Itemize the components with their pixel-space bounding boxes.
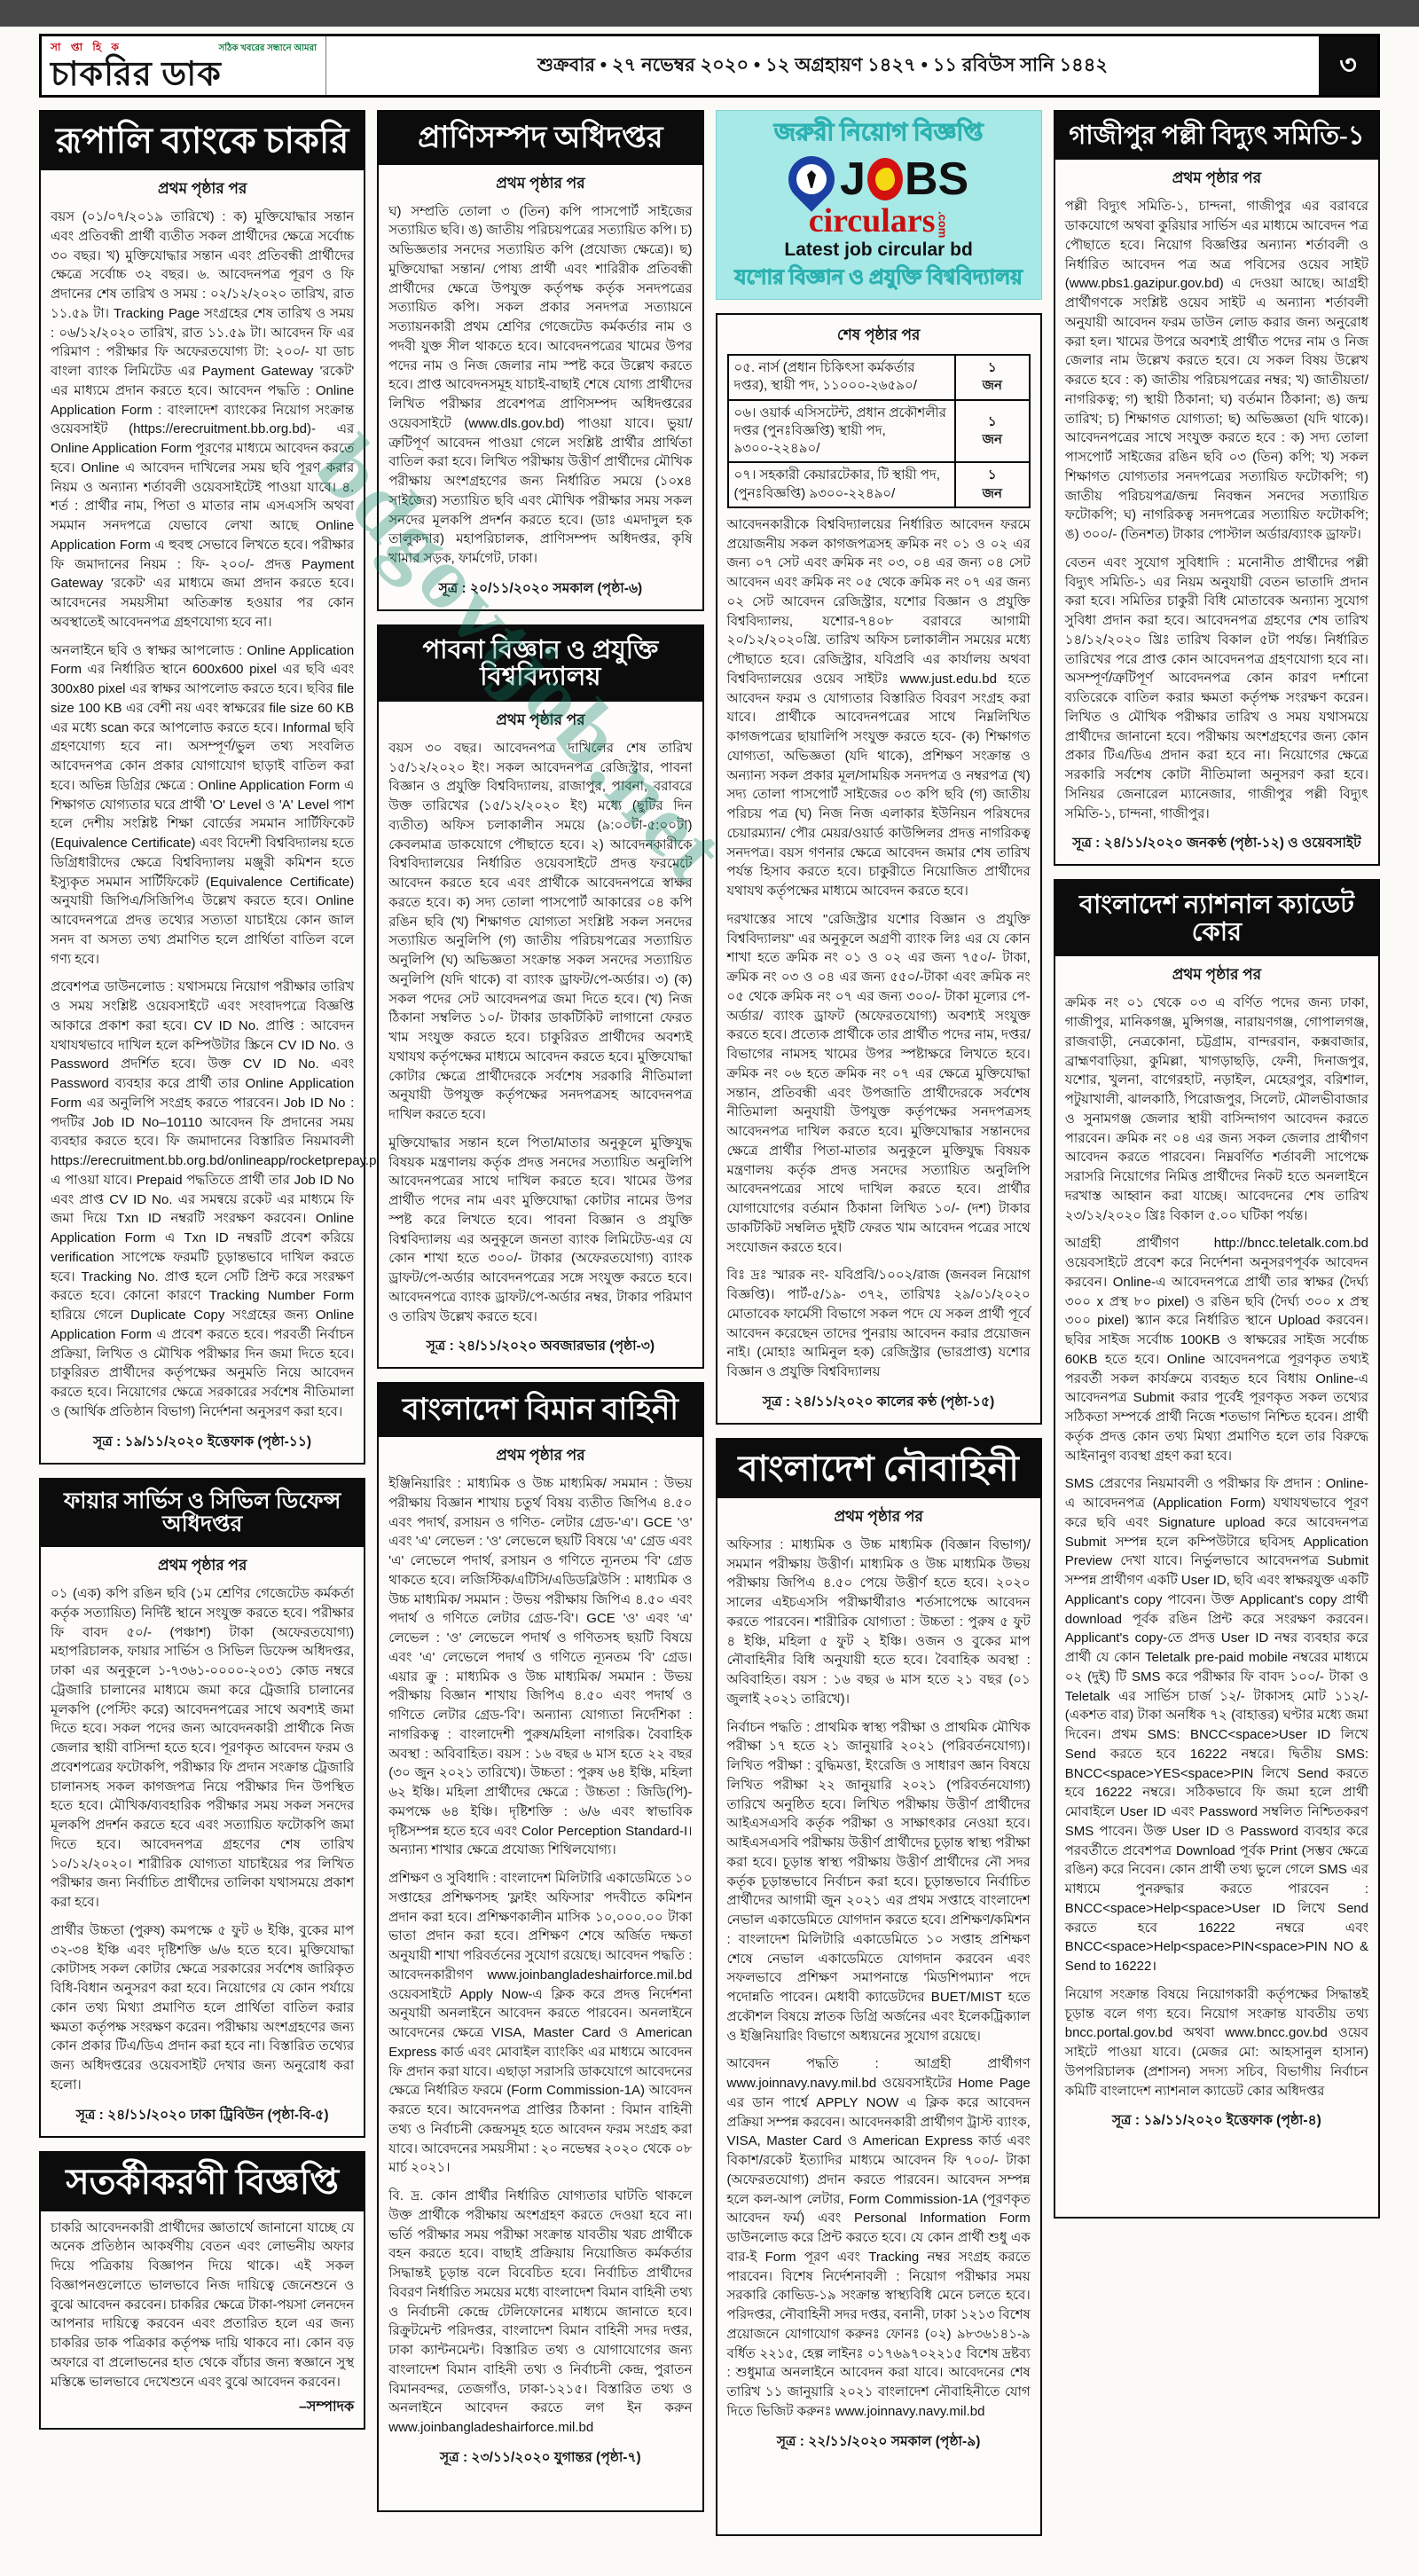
source-line: সূত্র : ২৪/১১/২০২০ অবজারভার (পৃষ্ঠা-৩) xyxy=(388,1335,692,1358)
article-headline: বাংলাদেশ ন্যাশনাল ক্যাডেট কোর xyxy=(1055,881,1378,956)
paragraph: অনলাইনে ছবি ও স্বাক্ষর আপলোড : Online Ap… xyxy=(51,641,354,970)
post-description: ০৫. নার্স (প্রধান চিকিৎসা কর্মকর্তার দপ্… xyxy=(728,355,955,400)
article-body: ০১ (এক) কপি রঙিন ছবি (১ম শ্রেণির গেজেটেড… xyxy=(51,1584,354,2095)
column-2: প্রাণিসম্পদ অধিদপ্তর প্রথম পৃষ্ঠার পর ঘ)… xyxy=(377,110,703,2525)
table-row: ০৭। সহকারী কেয়ারটেকার, টি স্থায়ী পদ, (… xyxy=(728,462,1030,507)
article-headline: ফায়ার সার্ভিস ও সিভিল ডিফেন্স অধিদপ্তর xyxy=(41,1480,364,1548)
paragraph: দরখাস্তের সাথে "রেজিস্ট্রার যশোর বিজ্ঞান… xyxy=(727,910,1031,1258)
source-line: সূত্র : ২৪/১১/২০২০ কালের কণ্ঠ (পৃষ্ঠা-১৫… xyxy=(727,1391,1031,1414)
article-columns: রূপালি ব্যাংকে চাকরি প্রথম পৃষ্ঠার পর বয… xyxy=(0,110,1419,2576)
continued-label: প্রথম পৃষ্ঠার পর xyxy=(388,709,692,734)
jobs-circulars-logo: J BS xyxy=(788,156,968,202)
paragraph: পল্লী বিদ্যুৎ সমিতি-১, চান্দনা, গাজীপুর … xyxy=(1065,197,1368,545)
count-value: ১ xyxy=(961,359,1023,377)
article-fire-service: ফায়ার সার্ভিস ও সিভিল ডিফেন্স অধিদপ্তর … xyxy=(39,1478,365,2138)
paragraph: আবেদন পদ্ধতি : আগ্রহী প্রার্থীগণ www.joi… xyxy=(727,2054,1031,2421)
paragraph: আগ্রহী প্রার্থীগণ http://bncc.teletalk.c… xyxy=(1065,1234,1368,1465)
column-1: রূপালি ব্যাংকে চাকরি প্রথম পৃষ্ঠার পর বয… xyxy=(39,110,365,2443)
article-livestock-dept: প্রাণিসম্পদ অধিদপ্তর প্রথম পৃষ্ঠার পর ঘ)… xyxy=(377,110,703,611)
article-pabna-university: পাবনা বিজ্ঞান ও প্রযুক্তি বিশ্ববিদ্যালয়… xyxy=(377,624,703,1369)
source-line: সূত্র : ২২/১১/২০২০ সমকাল (পৃষ্ঠা-৯) xyxy=(727,2431,1031,2454)
logo-bs-text: BS xyxy=(905,156,968,202)
source-line: সূত্র : ২৪/১১/২০২০ ঢাকা ট্রিবিউন (পৃষ্ঠা… xyxy=(51,2104,354,2127)
paragraph: ইঞ্জিনিয়ারিং : মাধ্যমিক ও উচ্চ মাধ্যমিক… xyxy=(388,1474,692,1860)
masthead-tagline: সঠিক খবরের সন্ধানে আমরা xyxy=(219,42,317,57)
article-body: ঘ) সম্প্রতি তোলা ৩ (তিন) কপি পাসপোর্ট সা… xyxy=(388,202,692,569)
article-headline: বাংলাদেশ নৌবাহিনী xyxy=(717,1440,1040,1498)
count-value: ১ xyxy=(961,467,1023,484)
source-line: সূত্র : ২৪/১১/২০২০ জনকণ্ঠ (পৃষ্ঠা-১২) ও … xyxy=(1065,832,1368,855)
page-header: সা প্তা হি ক সঠিক খবরের সন্ধানে আমরা চাক… xyxy=(39,34,1380,98)
paragraph: ০১ (এক) কপি রঙিন ছবি (১ম শ্রেণির গেজেটেড… xyxy=(51,1584,354,1912)
continued-label: শেষ পৃষ্ঠার পর xyxy=(727,324,1031,349)
paragraph: আবেদনকারীকে বিশ্ববিদ্যালয়ের নির্ধারিত আ… xyxy=(727,515,1031,901)
paragraph: বেতন এবং সুযোগ সুবিধাদি : মনোনীত প্রার্থ… xyxy=(1065,554,1368,824)
editor-signature: –সম্পাদক xyxy=(51,2395,354,2419)
article-warning-notice: সতর্কীকরণী বিজ্ঞপ্তি চাকরি আবেদনকারী প্র… xyxy=(39,2151,365,2431)
page-number: ৩ xyxy=(1319,36,1377,95)
article-navy: বাংলাদেশ নৌবাহিনী প্রথম পৃষ্ঠার পর অফিসা… xyxy=(716,1438,1042,2536)
continued-label: প্রথম পৃষ্ঠার পর xyxy=(1065,167,1368,192)
logo-dotcom-text: .com xyxy=(937,211,949,238)
ad-watermark-bottom: যশোর বিজ্ঞান ও প্রযুক্তি বিশ্ববিদ্যালয় xyxy=(734,261,1022,295)
source-line: সূত্র : ২০/১১/২০২০ সমকাল (পৃষ্ঠা-৬) xyxy=(388,577,692,601)
table-row: ০৫. নার্স (প্রধান চিকিৎসা কর্মকর্তার দপ্… xyxy=(728,355,1030,400)
paragraph: নিয়োগ সংক্রান্ত বিষয়ে নিয়োগকারী কর্তৃ… xyxy=(1065,1985,1368,2101)
article-body: আবেদনকারীকে বিশ্ববিদ্যালয়ের নির্ধারিত আ… xyxy=(727,515,1031,1382)
article-gazipur-palli-bidyut: গাজীপুর পল্লী বিদ্যুৎ সমিতি-১ প্রথম পৃষ্… xyxy=(1054,110,1380,866)
masthead-weekly-label: সা প্তা হি ক xyxy=(51,40,122,58)
post-count: ১ জন xyxy=(955,355,1030,400)
article-rupali-bank: রূপালি ব্যাংকে চাকরি প্রথম পৃষ্ঠার পর বয… xyxy=(39,110,365,1465)
count-unit: জন xyxy=(961,377,1023,395)
paragraph: ক্রমিক নং ০১ থেকে ০৩ এ বর্ণিত পদের জন্য … xyxy=(1065,993,1368,1225)
article-headline: পাবনা বিজ্ঞান ও প্রযুক্তি বিশ্ববিদ্যালয় xyxy=(379,626,702,702)
tie-icon xyxy=(807,170,816,188)
paragraph: বয়স (০১/০৭/২০১৯ তারিখে) : ক) মুক্তিযোদ্… xyxy=(51,208,354,632)
article-headline: সতর্কীকরণী বিজ্ঞপ্তি xyxy=(41,2153,364,2211)
continued-label: প্রথম পৃষ্ঠার পর xyxy=(388,1444,692,1469)
paragraph: প্রশিক্ষণ ও সুবিধাদি : বাংলাদেশ মিলিটারি… xyxy=(388,1869,692,2178)
continued-label: প্রথম পৃষ্ঠার পর xyxy=(727,1505,1031,1530)
jobs-circulars-ad: জরুরী নিয়োগ বিজ্ঞপ্তি J BS circulars .c… xyxy=(716,110,1042,300)
continued-label: প্রথম পৃষ্ঠার পর xyxy=(1065,963,1368,988)
logo-j-text: J xyxy=(840,156,866,202)
newspaper-title: চাকরির ডাক xyxy=(51,58,317,91)
paragraph: প্রবেশপত্র ডাউনলোড : যথাসময়ে নিয়োগ পরী… xyxy=(51,978,354,1421)
logo-circulars-text: circulars xyxy=(809,204,936,238)
article-body: বয়স ৩০ বছর। আবেদনপত্র দাখিলের শেষ তারিখ… xyxy=(388,739,692,1327)
article-bncc: বাংলাদেশ ন্যাশনাল ক্যাডেট কোর প্রথম পৃষ্… xyxy=(1054,879,1380,2219)
post-count: ১ জন xyxy=(955,400,1030,463)
paragraph: SMS প্রেরণের নিয়মাবলী ও পরীক্ষার ফি প্র… xyxy=(1065,1474,1368,1976)
continued-label: প্রথম পৃষ্ঠার পর xyxy=(51,177,354,202)
ad-watermark-top: জরুরী নিয়োগ বিজ্ঞপ্তি xyxy=(774,114,984,154)
source-line: সূত্র : ১৯/১১/২০২০ ইত্তেফাক (পৃষ্ঠা-৪) xyxy=(1065,2109,1368,2132)
paragraph: চাকরি আবেদনকারী প্রার্থীদের জ্ঞাতার্থে জ… xyxy=(51,2219,354,2392)
paragraph: নির্বাচন পদ্ধতি : প্রাথমিক স্বাস্থ্য পরী… xyxy=(727,1718,1031,2046)
count-unit: জন xyxy=(961,485,1023,503)
paragraph: প্রার্থীর উচ্চতা (পুরুষ) কমপক্ষে ৫ ফুট ৬… xyxy=(51,1921,354,2095)
bangladesh-map-icon xyxy=(867,158,903,200)
newspaper-page: সা প্তা হি ক সঠিক খবরের সন্ধানে আমরা চাক… xyxy=(0,0,1419,2576)
vacancy-table: ০৫. নার্স (প্রধান চিকিৎসা কর্মকর্তার দপ্… xyxy=(727,354,1031,508)
article-body: ইঞ্জিনিয়ারিং : মাধ্যমিক ও উচ্চ মাধ্যমিক… xyxy=(388,1474,692,2438)
table-row: ০৬। ওয়ার্ক এসিসটেন্ট, প্রধান প্রকৌশলীর … xyxy=(728,400,1030,463)
dateline: শুক্রবার • ২৭ নভেম্বর ২০২০ • ১২ অগ্রহায়… xyxy=(326,36,1319,95)
continued-label: প্রথম পৃষ্ঠার পর xyxy=(388,172,692,197)
article-body: চাকরি আবেদনকারী প্রার্থীদের জ্ঞাতার্থে জ… xyxy=(51,2219,354,2392)
paragraph: বিঃ দ্রঃ স্মারক নং- যবিপ্রবি/১০০২/রাজ (জ… xyxy=(727,1266,1031,1382)
scan-edge xyxy=(0,0,1419,27)
article-headline: গাজীপুর পল্লী বিদ্যুৎ সমিতি-১ xyxy=(1055,112,1378,160)
paragraph: মুক্তিযোদ্ধার সন্তান হলে পিতা/মাতার অনুক… xyxy=(388,1134,692,1327)
article-just-university: শেষ পৃষ্ঠার পর ০৫. নার্স (প্রধান চিকিৎসা… xyxy=(716,313,1042,1425)
article-body: অফিসার : মাধ্যমিক ও উচ্চ মাধ্যমিক (বিজ্ঞ… xyxy=(727,1535,1031,2422)
column-3: জরুরী নিয়োগ বিজ্ঞপ্তি J BS circulars .c… xyxy=(716,110,1042,2549)
continued-label: প্রথম পৃষ্ঠার পর xyxy=(51,1554,354,1579)
post-description: ০৭। সহকারী কেয়ারটেকার, টি স্থায়ী পদ, (… xyxy=(728,462,955,507)
post-count: ১ জন xyxy=(955,462,1030,507)
column-4: গাজীপুর পল্লী বিদ্যুৎ সমিতি-১ প্রথম পৃষ্… xyxy=(1054,110,1380,2232)
masthead: সা প্তা হি ক সঠিক খবরের সন্ধানে আমরা চাক… xyxy=(42,36,326,95)
paragraph: ঘ) সম্প্রতি তোলা ৩ (তিন) কপি পাসপোর্ট সা… xyxy=(388,202,692,569)
post-description: ০৬। ওয়ার্ক এসিসটেন্ট, প্রধান প্রকৌশলীর … xyxy=(728,400,955,463)
ad-tagline: Latest job circular bd xyxy=(784,240,972,261)
paragraph: অফিসার : মাধ্যমিক ও উচ্চ মাধ্যমিক (বিজ্ঞ… xyxy=(727,1535,1031,1709)
paragraph: বয়স ৩০ বছর। আবেদনপত্র দাখিলের শেষ তারিখ… xyxy=(388,739,692,1125)
article-body: ক্রমিক নং ০১ থেকে ০৩ এ বর্ণিত পদের জন্য … xyxy=(1065,993,1368,2101)
source-line: সূত্র : ২৩/১১/২০২০ যুগান্তর (পৃষ্ঠা-৭) xyxy=(388,2446,692,2470)
article-body: বয়স (০১/০৭/২০১৯ তারিখে) : ক) মুক্তিযোদ্… xyxy=(51,208,354,1422)
article-headline: বাংলাদেশ বিমান বাহিনী xyxy=(379,1384,702,1437)
count-unit: জন xyxy=(961,431,1023,449)
source-line: সূত্র : ১৯/১১/২০২০ ইত্তেফাক (পৃষ্ঠা-১১) xyxy=(51,1431,354,1454)
count-value: ১ xyxy=(961,413,1023,431)
article-headline: প্রাণিসম্পদ অধিদপ্তর xyxy=(379,112,702,165)
article-headline: রূপালি ব্যাংকে চাকরি xyxy=(41,112,364,170)
paragraph: বি. দ্র. কোন প্রার্থীর নির্ধারিত যোগ্যতা… xyxy=(388,2187,692,2438)
article-body: পল্লী বিদ্যুৎ সমিতি-১, চান্দনা, গাজীপুর … xyxy=(1065,197,1368,823)
article-air-force: বাংলাদেশ বিমান বাহিনী প্রথম পৃষ্ঠার পর ই… xyxy=(377,1382,703,2512)
